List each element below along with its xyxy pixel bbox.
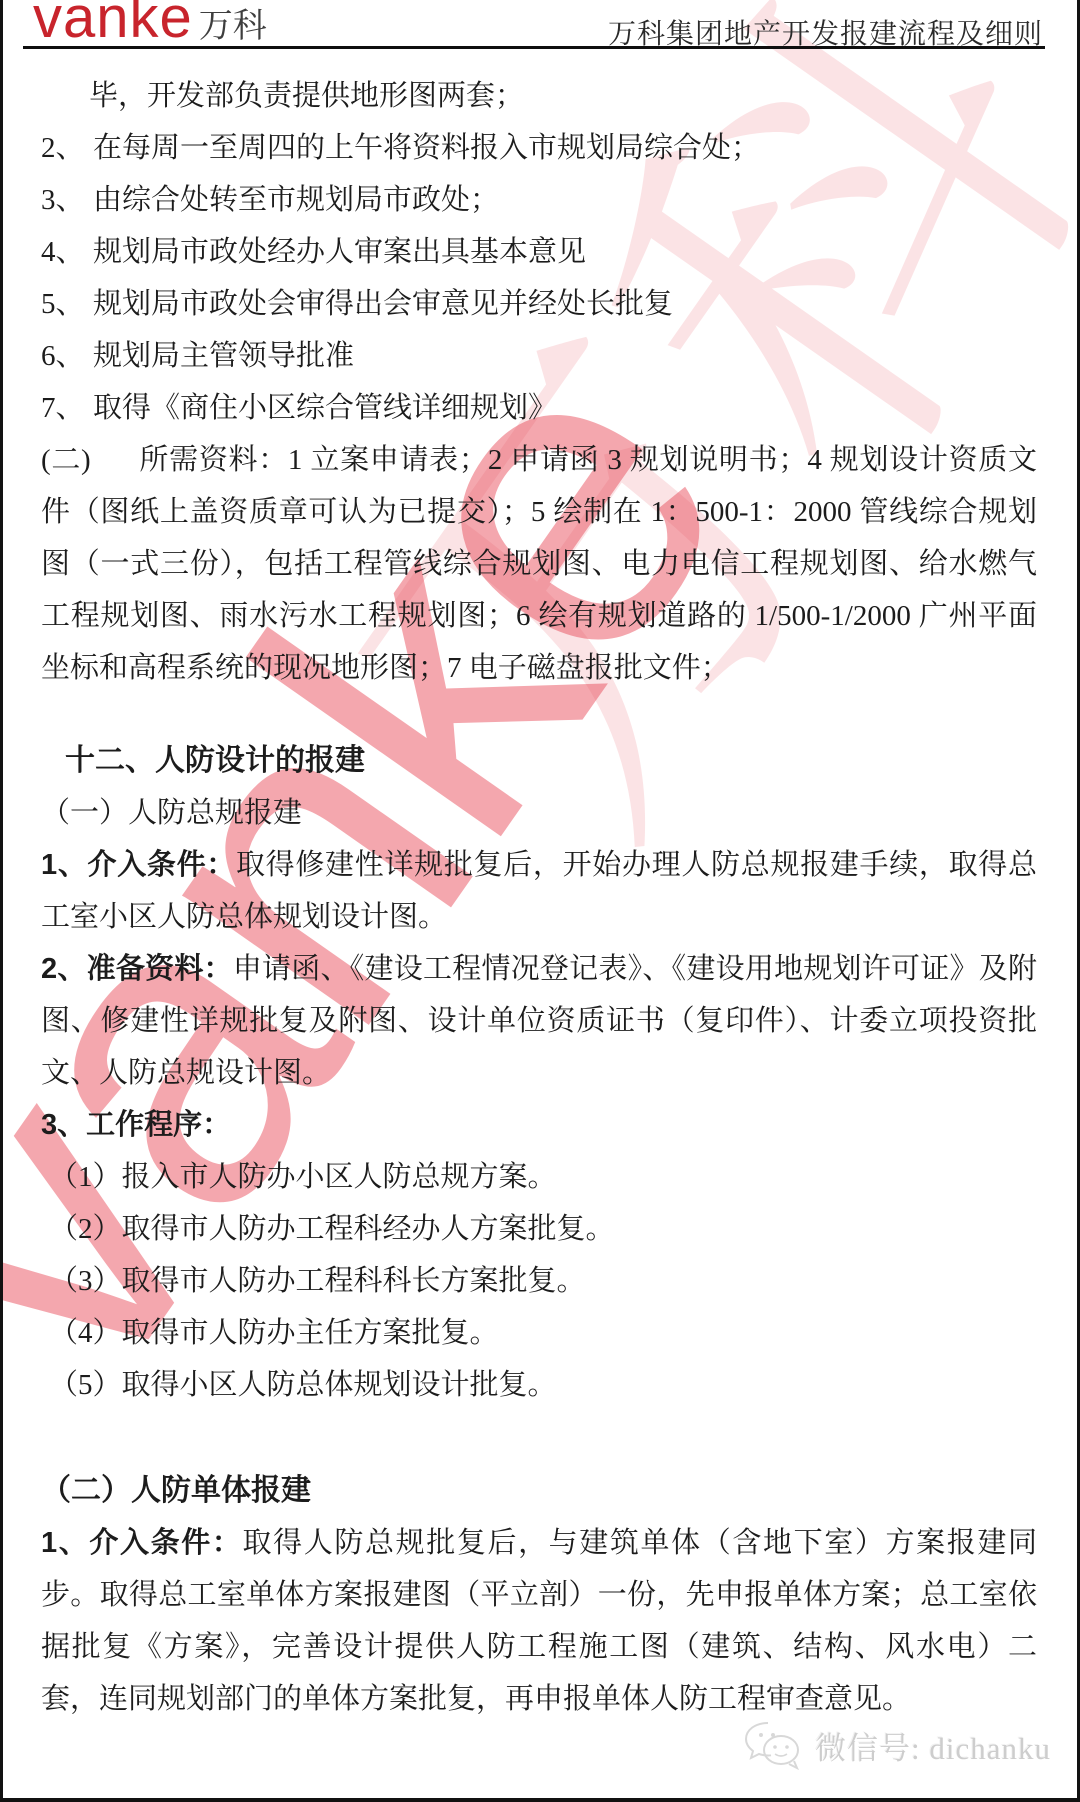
vanke-logo-latin: vanke (33, 0, 193, 50)
procedure-step: （3）取得市人防办工程科科长方案批复。 (41, 1255, 1037, 1307)
materials-paragraph: (二)所需资料：1 立案申请表；2 申请函 3 规划说明书；4 规划设计资质文件… (41, 434, 1037, 694)
list-number: 7、 (41, 382, 93, 434)
procedure-step: （5）取得小区人防总体规划设计批复。 (41, 1359, 1037, 1411)
continuation-line: 毕，开发部负责提供地形图两套； (89, 70, 1037, 122)
subsection-heading: （一）人防总规报建 (41, 787, 1037, 839)
section-heading: 十二、人防设计的报建 (65, 735, 1037, 787)
list-item-text: 规划局市政处会审得出会审意见并经处长批复 (93, 278, 1037, 330)
materials-text: 所需资料：1 立案申请表；2 申请函 3 规划说明书；4 规划设计资质文件（图纸… (41, 444, 1037, 684)
vanke-logo-cn: 万科 (199, 7, 267, 45)
wechat-icon (743, 1720, 805, 1770)
procedure-step: （2）取得市人防办工程科经办人方案批复。 (41, 1203, 1037, 1255)
document-body: 毕，开发部负责提供地形图两套； 2、 在每周一至周四的上午将资料报入市规划局综合… (3, 70, 1077, 1725)
materials-label: (二) (41, 444, 91, 476)
wechat-watermark: 微信号: dichanku (743, 1720, 1051, 1770)
bold-lead: 1、介入条件： (41, 849, 236, 881)
document-page: vanke 万科 vanke万科 万科集团地产开发报建流程及细则 毕，开发部负责… (0, 0, 1080, 1802)
list-item: 7、 取得《商住小区综合管线详细规划》 (41, 382, 1037, 434)
list-item-text: 取得《商住小区综合管线详细规划》 (93, 382, 1037, 434)
list-item-text: 规划局主管领导批准 (93, 330, 1037, 382)
bold-lead: 2、准备资料： (41, 953, 233, 985)
page-header: vanke万科 万科集团地产开发报建流程及细则 (3, 0, 1077, 48)
procedure-heading: 3、工作程序： (41, 1099, 1037, 1151)
list-item-text: 规划局市政处经办人审案出具基本意见 (93, 226, 1037, 278)
list-item-text: 在每周一至周四的上午将资料报入市规划局综合处； (93, 122, 1037, 174)
list-number: 2、 (41, 122, 93, 174)
vanke-logo: vanke万科 (33, 0, 267, 51)
header-divider (23, 46, 1045, 49)
list-number: 3、 (41, 174, 93, 226)
list-item-text: 由综合处转至市规划局市政处； (93, 174, 1037, 226)
paragraph-entry-condition: 1、介入条件：取得修建性详规批复后，开始办理人防总规报建手续，取得总工室小区人防… (41, 839, 1037, 943)
paragraph-materials: 2、准备资料：申请函、《建设工程情况登记表》、《建设用地规划许可证》及附图、修建… (41, 943, 1037, 1099)
list-number: 6、 (41, 330, 93, 382)
bold-lead: 1、介入条件： (41, 1527, 242, 1559)
procedure-step: （4）取得市人防办主任方案批复。 (41, 1307, 1037, 1359)
paragraph-entry-condition-2: 1、介入条件：取得人防总规批复后，与建筑单体（含地下室）方案报建同步。取得总工室… (41, 1517, 1037, 1725)
list-item: 2、 在每周一至周四的上午将资料报入市规划局综合处； (41, 122, 1037, 174)
procedure-step: （1）报入市人防办小区人防总规方案。 (41, 1151, 1037, 1203)
list-item: 4、 规划局市政处经办人审案出具基本意见 (41, 226, 1037, 278)
list-item: 3、 由综合处转至市规划局市政处； (41, 174, 1037, 226)
list-number: 5、 (41, 278, 93, 330)
list-item: 6、 规划局主管领导批准 (41, 330, 1037, 382)
list-item: 5、 规划局市政处会审得出会审意见并经处长批复 (41, 278, 1037, 330)
wechat-label: 微信号: dichanku (815, 1723, 1051, 1768)
subsection-heading-bold: （二）人防单体报建 (41, 1465, 1037, 1517)
list-number: 4、 (41, 226, 93, 278)
